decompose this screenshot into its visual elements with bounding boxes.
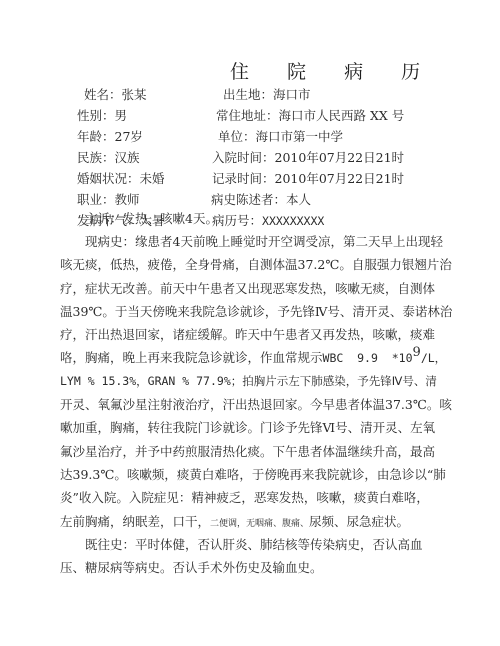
past-history: 既往史：平时体健，否认肝炎、肺结核等传染病史，否认高血 压、糖尿病等病史。否认手…	[60, 533, 448, 580]
present-illness-line-tail: 尿频、尿急症状。	[309, 514, 409, 529]
present-illness-line: 咳无痰，低热，疲倦，全身骨痛，自测体温37.2℃。自服强力银翘片治	[60, 253, 448, 276]
info-value: 本人	[286, 192, 311, 207]
info-value: 汉族	[115, 150, 140, 165]
wbc-unit: /L，	[421, 351, 446, 365]
info-record-time: 记录时间：2010年07月22日21时	[212, 169, 404, 187]
present-illness-line: 温39℃。于当天傍晚来我院急诊就诊，予先锋Ⅳ号、清开灵、泰诺林治	[60, 300, 448, 323]
info-gender: 性别：男	[77, 106, 127, 124]
chief-complaint-label: 主诉：	[85, 211, 123, 226]
info-value: 2010年07月22日21时	[275, 150, 405, 165]
info-label: 入院时间：	[212, 150, 275, 165]
info-label: 民族：	[77, 150, 115, 165]
info-value: 男	[115, 108, 128, 123]
info-value: 海口市第一中学	[256, 129, 344, 144]
document-title: 住 院 病 历	[230, 57, 436, 84]
info-marital-status: 婚姻状况：未婚	[77, 169, 165, 187]
past-history-label: 既往史：	[85, 537, 135, 552]
wbc-value: WBC 9.9 *10	[323, 351, 413, 365]
chief-complaint-text: 发热、咳嗽4天。	[123, 211, 218, 226]
info-label: 性别：	[77, 108, 115, 123]
info-label: 出生地：	[223, 87, 273, 102]
info-name: 姓名：张某	[84, 85, 147, 103]
info-label: 单位：	[218, 129, 256, 144]
info-ethnicity: 民族：汉族	[77, 148, 140, 166]
info-label: 婚姻状况：	[77, 171, 140, 186]
info-label: 姓名：	[84, 87, 122, 102]
info-history-narrator: 病史陈述者：本人	[211, 190, 311, 208]
wbc-exponent: 9	[413, 345, 421, 360]
info-value: 海口市	[273, 87, 311, 102]
info-value: 海口市人民西路 XX 号	[279, 108, 405, 123]
present-illness-label: 现病史：	[85, 234, 135, 249]
info-value: 教师	[115, 192, 140, 207]
info-value: 27岁	[115, 129, 143, 144]
present-illness-line: 咯，胸痛，晚上再来我院急诊就诊，作血常规示	[60, 350, 323, 365]
present-illness-line: 氟沙星治疗，并予中药煎服清热化痰。下午患者体温继续升高，最高	[60, 440, 448, 463]
present-illness-line: 炎”收入院。入院症见：精神疲乏，恶寒发热，咳嗽，痰黄白难咯，	[60, 486, 448, 509]
info-label: 病史陈述者：	[211, 192, 286, 207]
past-history-line: 平时体健，否认肝炎、肺结核等传染病史，否认高血	[135, 537, 423, 552]
info-label: 年龄：	[77, 129, 115, 144]
info-value: 2010年07月22日21时	[275, 171, 405, 186]
info-employer: 单位：海口市第一中学	[218, 127, 343, 145]
present-illness-small-text: 二便调，无咽痛、腹痛、	[210, 519, 309, 529]
present-illness-line: 嗽加重，胸痛，转往我院门诊就诊。门诊予先锋Ⅵ号、清开灵、左氧	[60, 416, 448, 439]
info-admission-time: 入院时间：2010年07月22日21时	[212, 148, 404, 166]
info-value: 张某	[122, 87, 147, 102]
present-illness-line: 开灵、氧氟沙星注射液治疗，汗出热退回家。今早患者体温37.3℃。咳	[60, 393, 448, 416]
info-birthplace: 出生地：海口市	[223, 85, 311, 103]
info-address: 常住地址：海口市人民西路 XX 号	[216, 106, 404, 124]
present-illness-line: 达39.3℃。咳嗽频，痰黄白难咯，于傍晚再来我院就诊，由急诊以“肺	[60, 463, 448, 486]
info-value: 未婚	[140, 171, 165, 186]
present-illness-line: 左前胸痛，纳眠差，口干，	[60, 514, 210, 529]
info-label: 常住地址：	[216, 108, 279, 123]
info-occupation: 职业：教师	[77, 190, 140, 208]
present-illness-line: 疗，汗出热退回家，诸症缓解。昨天中午患者又再发热，咳嗽，痰难	[60, 323, 448, 346]
info-age: 年龄：27岁	[77, 127, 143, 145]
info-label: 记录时间：	[212, 171, 275, 186]
present-illness-line: 缘患者4天前晚上睡觉时开空调受凉，第二天早上出现轻	[135, 234, 443, 249]
info-label: 职业：	[77, 192, 115, 207]
present-illness-line: 疗，症状无改善。前天中午患者又出现恶寒发热，咳嗽无痰，自测体	[60, 277, 448, 300]
past-history-line: 压、糖尿病等病史。否认手术外伤史及输血史。	[60, 556, 448, 579]
present-illness-line: LYM % 15.3%，GRAN % 77.9%；拍胸片示左下肺感染，予先锋Ⅳ号…	[60, 370, 448, 393]
present-illness: 现病史：缘患者4天前晚上睡觉时开空调受凉，第二天早上出现轻 咳无痰，低热，疲倦，…	[60, 230, 448, 533]
chief-complaint: 主诉：发热、咳嗽4天。	[60, 207, 448, 230]
